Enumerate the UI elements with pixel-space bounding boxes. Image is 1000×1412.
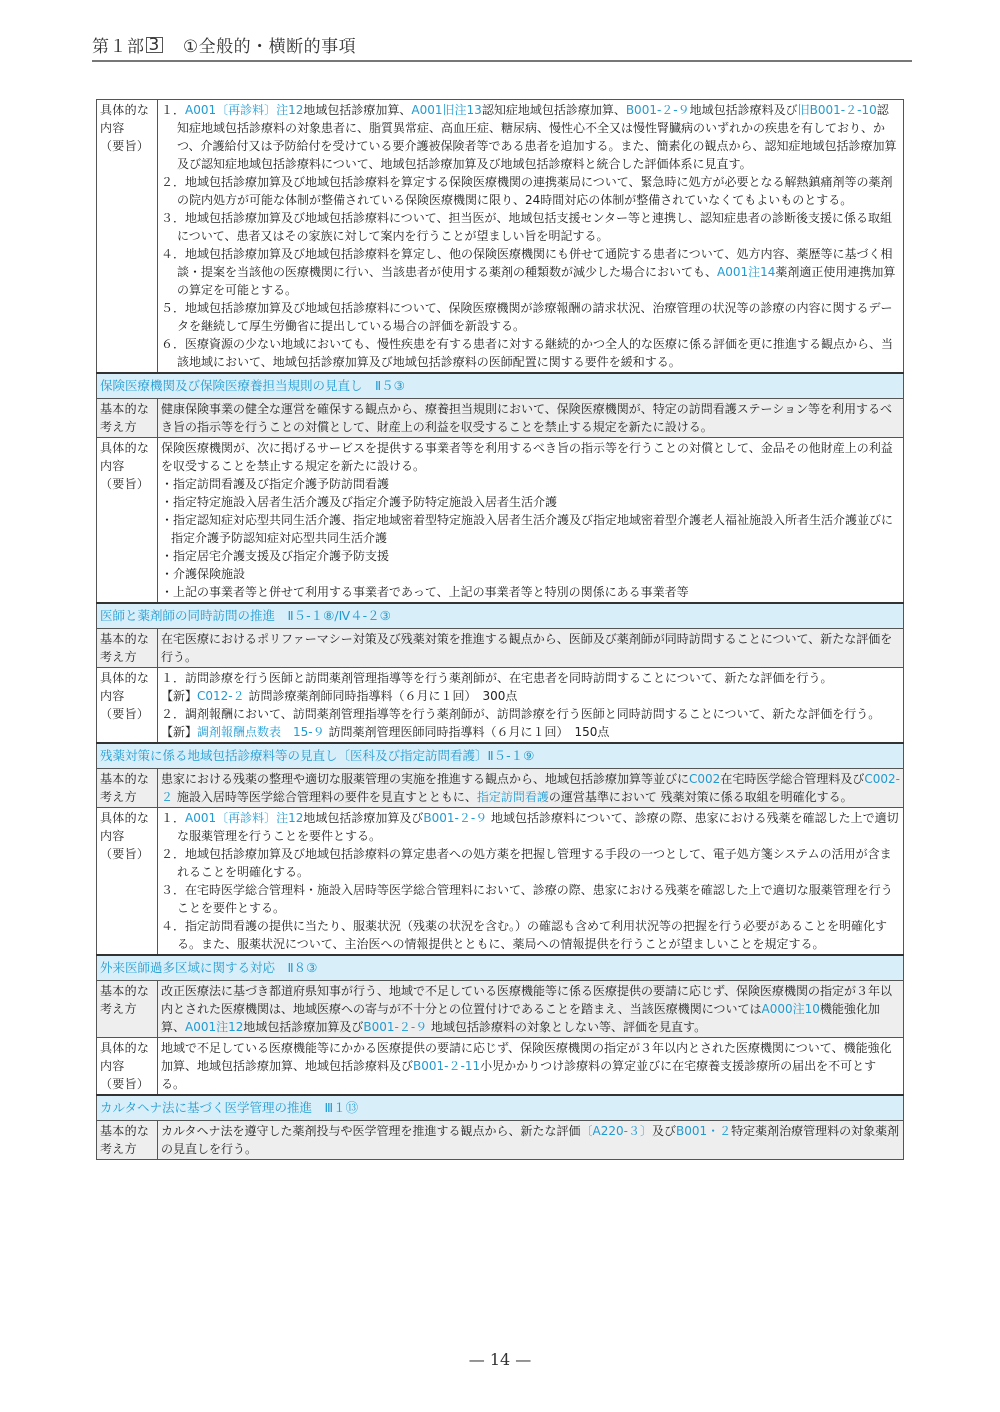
text-run: ２．地域包括診療加算及び地域包括診療料の算定患者への処方薬を把握し管理する手段の… [161, 847, 892, 879]
text-run: １． [161, 811, 185, 825]
text-run: 地域包括診療加算及び [243, 1020, 363, 1034]
row-label: 基本的な 考え方 [97, 1121, 158, 1160]
row-label: 具体的な 内容 （要旨） [97, 668, 158, 744]
reference-link: B001-２-９ [626, 103, 690, 117]
content-row: 具体的な 内容 （要旨） １．訪問診療を行う医師と訪問薬剤管理指導等を行う薬剤師… [97, 668, 904, 744]
part-label: 第１部 [92, 37, 145, 57]
text-run: の運営基準において 残薬対策に係る取組を明確化する。 [549, 790, 853, 804]
basic-text: 健康保険事業の健全な運営を確保する観点から、療養担当規則において、保険医療機関が… [158, 399, 904, 438]
text-run: 【新】 [161, 725, 197, 739]
bullet-item: ・指定認知症対応型共同生活介護、指定地域密着型特定施設入居者生活介護及び指定地域… [161, 511, 900, 547]
boxed-number: 3 [146, 37, 163, 53]
reference-link: A001注14 [717, 265, 775, 279]
list-item: １．訪問診療を行う医師と訪問薬剤管理指導等を行う薬剤師が、在宅患者を同時訪問する… [161, 669, 900, 687]
basic-row: 基本的な 考え方 改正医療法に基づき都道府県知事が行う、地域で不足している医療機… [97, 981, 904, 1038]
list-item: ２．地域包括診療加算及び地域包括診療料の算定患者への処方薬を把握し管理する手段の… [161, 845, 900, 881]
page-header: 第１部3 ①全般的・横断的事項 [92, 32, 912, 62]
text-run: 及び [652, 1124, 676, 1138]
page-number: — 14 — [0, 1350, 1000, 1369]
bullet-item: ・指定訪問看護及び指定介護予防訪問看護 [161, 475, 900, 493]
row-label: 具体的な 内容 （要旨） [97, 808, 158, 956]
basic-text: カルタヘナ法を遵守した薬剤投与や医学管理を推進する観点から、新たな評価〔A220… [158, 1121, 904, 1160]
text-run: 訪問薬剤管理医師同時指導料（６月に１回） 150点 [325, 725, 610, 739]
text-run: 地域包括診療料の対象としない等、評価を見直す。 [427, 1020, 706, 1034]
section-title: カルタヘナ法に基づく医学管理の推進 Ⅲ１⑬ [97, 1095, 904, 1121]
revision-table: 具体的な 内容 （要旨） １．A001〔再診料〕注12地域包括診療加算、A001… [96, 99, 904, 1160]
basic-row: 基本的な 考え方 在宅医療におけるポリファーマシー対策及び残薬対策を推進する観点… [97, 629, 904, 668]
row-label: 具体的な 内容 （要旨） [97, 100, 158, 374]
text-run: ３．地域包括診療加算及び地域包括診療料について、担当医が、地域包括支援センター等… [161, 211, 892, 243]
content-intro: 保険医療機関が、次に掲げるサービスを提供する事業者等を利用するべき旨の指示等を行… [161, 439, 900, 475]
reference-link: 調剤報酬点数表 15-９ [197, 725, 325, 739]
content-row: 具体的な 内容 （要旨） 保険医療機関が、次に掲げるサービスを提供する事業者等を… [97, 438, 904, 604]
list-item: ３．在宅時医学総合管理料・施設入居時等医学総合管理料において、診療の際、患家にお… [161, 881, 900, 917]
list-item: 【新】C012-２ 訪問診療薬剤師同時指導料（６月に１回） 300点 [161, 687, 900, 705]
row-label: 基本的な 考え方 [97, 769, 158, 808]
text-run: 地域包括診療加算、 [303, 103, 411, 117]
text-run: 【新】 [161, 689, 197, 703]
row-label: 基本的な 考え方 [97, 399, 158, 438]
content-cell: １．A001〔再診料〕注12地域包括診療加算、A001旧注13認知症地域包括診療… [158, 100, 904, 374]
content-cell: １．A001〔再診料〕注12地域包括診療加算及びB001-２-９ 地域包括診療料… [158, 808, 904, 956]
content-row: 具体的な 内容 （要旨） 地域で不足している医療機能等にかかる医療提供の要請に応… [97, 1038, 904, 1096]
list-item: ４．地域包括診療加算及び地域包括診療料を算定し、他の保険医療機関にも併せて通院す… [161, 245, 900, 299]
list-item: １．A001〔再診料〕注12地域包括診療加算及びB001-２-９ 地域包括診療料… [161, 809, 900, 845]
reference-link: B001-２-９ [363, 1020, 427, 1034]
reference-link: A001〔再診料〕注12 [185, 103, 303, 117]
list-item: ２．地域包括診療加算及び地域包括診療料を算定する保険医療機関の連携薬局について、… [161, 173, 900, 209]
bullet-item: ・介護保険施設 [161, 565, 900, 583]
content-cell: 保険医療機関が、次に掲げるサービスを提供する事業者等を利用するべき旨の指示等を行… [158, 438, 904, 604]
reference-link: A001旧注13 [411, 103, 481, 117]
text-run: 患家における残薬の整理や適切な服薬管理の実施を推進する観点から、地域包括診療加算… [161, 772, 689, 786]
text-run: 地域包括診療料及び [690, 103, 798, 117]
section-header: カルタヘナ法に基づく医学管理の推進 Ⅲ１⑬ [97, 1095, 904, 1121]
list-item: ４．指定訪問看護の提供に当たり、服薬状況（残薬の状況を含む。）の確認も含めて利用… [161, 917, 900, 953]
section-title: 外来医師過多区域に関する対応 Ⅱ８③ [97, 955, 904, 981]
bullet-item: ・指定特定施設入居者生活介護及び指定介護予防特定施設入居者生活介護 [161, 493, 900, 511]
content-cell: １．訪問診療を行う医師と訪問薬剤管理指導等を行う薬剤師が、在宅患者を同時訪問する… [158, 668, 904, 744]
bullet-item: ・上記の事業者等と併せて利用する事業者であって、上記の事業者等と特別の関係にある… [161, 583, 900, 601]
reference-link: B001-２-11 [413, 1059, 480, 1073]
basic-row: 基本的な 考え方 患家における残薬の整理や適切な服薬管理の実施を推進する観点から… [97, 769, 904, 808]
reference-link: 旧B001-２-10 [798, 103, 877, 117]
text-run: ６．医療資源の少ない地域においても、慢性疾患を有する患者に対する継続的かつ全人的… [161, 337, 893, 369]
content-row: 具体的な 内容 （要旨） １．A001〔再診料〕注12地域包括診療加算及びB00… [97, 808, 904, 956]
section-header: 保険医療機関及び保険医療養担当規則の見直し Ⅱ５③ [97, 373, 904, 399]
reference-link: B001・２ [676, 1124, 731, 1138]
reference-link: C002 [689, 772, 720, 786]
text-run: ３．在宅時医学総合管理料・施設入居時等医学総合管理料において、診療の際、患家にお… [161, 883, 893, 915]
list-item: 【新】調剤報酬点数表 15-９ 訪問薬剤管理医師同時指導料（６月に１回） 150… [161, 723, 900, 741]
section-title: 医師と薬剤師の同時訪問の推進 Ⅱ５-１⑧/Ⅳ４-２③ [97, 603, 904, 629]
list-item: ３．地域包括診療加算及び地域包括診療料について、担当医が、地域包括支援センター等… [161, 209, 900, 245]
list-item: ２．調剤報酬において、訪問薬剤管理指導等を行う薬剤師が、訪問診療を行う医師と同時… [161, 705, 900, 723]
section-header: 残薬対策に係る地域包括診療料等の見直し〔医科及び指定訪問看護〕Ⅱ５-１⑨ [97, 743, 904, 769]
row-label: 基本的な 考え方 [97, 629, 158, 668]
row-label: 具体的な 内容 （要旨） [97, 438, 158, 604]
content-row: 具体的な 内容 （要旨） １．A001〔再診料〕注12地域包括診療加算、A001… [97, 100, 904, 374]
reference-link: C012-２ [197, 689, 245, 703]
row-label: 基本的な 考え方 [97, 981, 158, 1038]
basic-text: 在宅医療におけるポリファーマシー対策及び残薬対策を推進する観点から、医師及び薬剤… [158, 629, 904, 668]
text-run: 施設入居時等医学総合管理料の要件を見直すとともに、 [173, 790, 477, 804]
text-run: ２．地域包括診療加算及び地域包括診療料を算定する保険医療機関の連携薬局について、… [161, 175, 893, 207]
reference-link: 指定訪問看護 [477, 790, 549, 804]
content-cell: 地域で不足している医療機能等にかかる医療提供の要請に応じず、保険医療機関の指定が… [158, 1038, 904, 1096]
reference-link: B001-２-９ [423, 811, 487, 825]
row-label: 具体的な 内容 （要旨） [97, 1038, 158, 1096]
text-run: １． [161, 103, 185, 117]
section-title: 保険医療機関及び保険医療養担当規則の見直し Ⅱ５③ [97, 373, 904, 399]
list-item: ５．地域包括診療加算及び地域包括診療料について、保険医療機関が診療報酬の請求状況… [161, 299, 900, 335]
text-run: 地域包括診療加算及び [303, 811, 423, 825]
list-item: １．A001〔再診料〕注12地域包括診療加算、A001旧注13認知症地域包括診療… [161, 101, 900, 173]
basic-row: 基本的な 考え方 カルタヘナ法を遵守した薬剤投与や医学管理を推進する観点から、新… [97, 1121, 904, 1160]
text-run: ５．地域包括診療加算及び地域包括診療料について、保険医療機関が診療報酬の請求状況… [161, 301, 893, 333]
text-run: 在宅時医学総合管理料及び [720, 772, 864, 786]
text-run: １．訪問診療を行う医師と訪問薬剤管理指導等を行う薬剤師が、在宅患者を同時訪問する… [161, 671, 833, 685]
list-item: ６．医療資源の少ない地域においても、慢性疾患を有する患者に対する継続的かつ全人的… [161, 335, 900, 371]
bullet-list: ・指定訪問看護及び指定介護予防訪問看護・指定特定施設入居者生活介護及び指定介護予… [161, 475, 900, 601]
bullet-item: ・指定居宅介護支援及び指定介護予防支援 [161, 547, 900, 565]
section-title: 残薬対策に係る地域包括診療料等の見直し〔医科及び指定訪問看護〕Ⅱ５-１⑨ [97, 743, 904, 769]
text-run: 訪問診療薬剤師同時指導料（６月に１回） 300点 [245, 689, 518, 703]
section-header: 医師と薬剤師の同時訪問の推進 Ⅱ５-１⑧/Ⅳ４-２③ [97, 603, 904, 629]
section-header: 外来医師過多区域に関する対応 Ⅱ８③ [97, 955, 904, 981]
reference-link: A001〔再診料〕注12 [185, 811, 303, 825]
basic-row: 基本的な 考え方 健康保険事業の健全な運営を確保する観点から、療養担当規則におい… [97, 399, 904, 438]
reference-link: 〔A220-３〕 [581, 1124, 652, 1138]
reference-link: A000注10 [762, 1002, 820, 1016]
text-run: ２．調剤報酬において、訪問薬剤管理指導等を行う薬剤師が、訪問診療を行う医師と同時… [161, 707, 880, 721]
basic-text: 改正医療法に基づき都道府県知事が行う、地域で不足している医療機能等に係る医療提供… [158, 981, 904, 1038]
text-run: ４．指定訪問看護の提供に当たり、服薬状況（残薬の状況を含む。）の確認も含めて利用… [161, 919, 887, 951]
page-heading: ①全般的・横断的事項 [183, 37, 356, 57]
basic-text: 患家における残薬の整理や適切な服薬管理の実施を推進する観点から、地域包括診療加算… [158, 769, 904, 808]
text-run: 認知症地域包括診療加算、 [482, 103, 626, 117]
reference-link: A001注12 [185, 1020, 243, 1034]
text-run: カルタヘナ法を遵守した薬剤投与や医学管理を推進する観点から、新たな評価 [161, 1124, 581, 1138]
